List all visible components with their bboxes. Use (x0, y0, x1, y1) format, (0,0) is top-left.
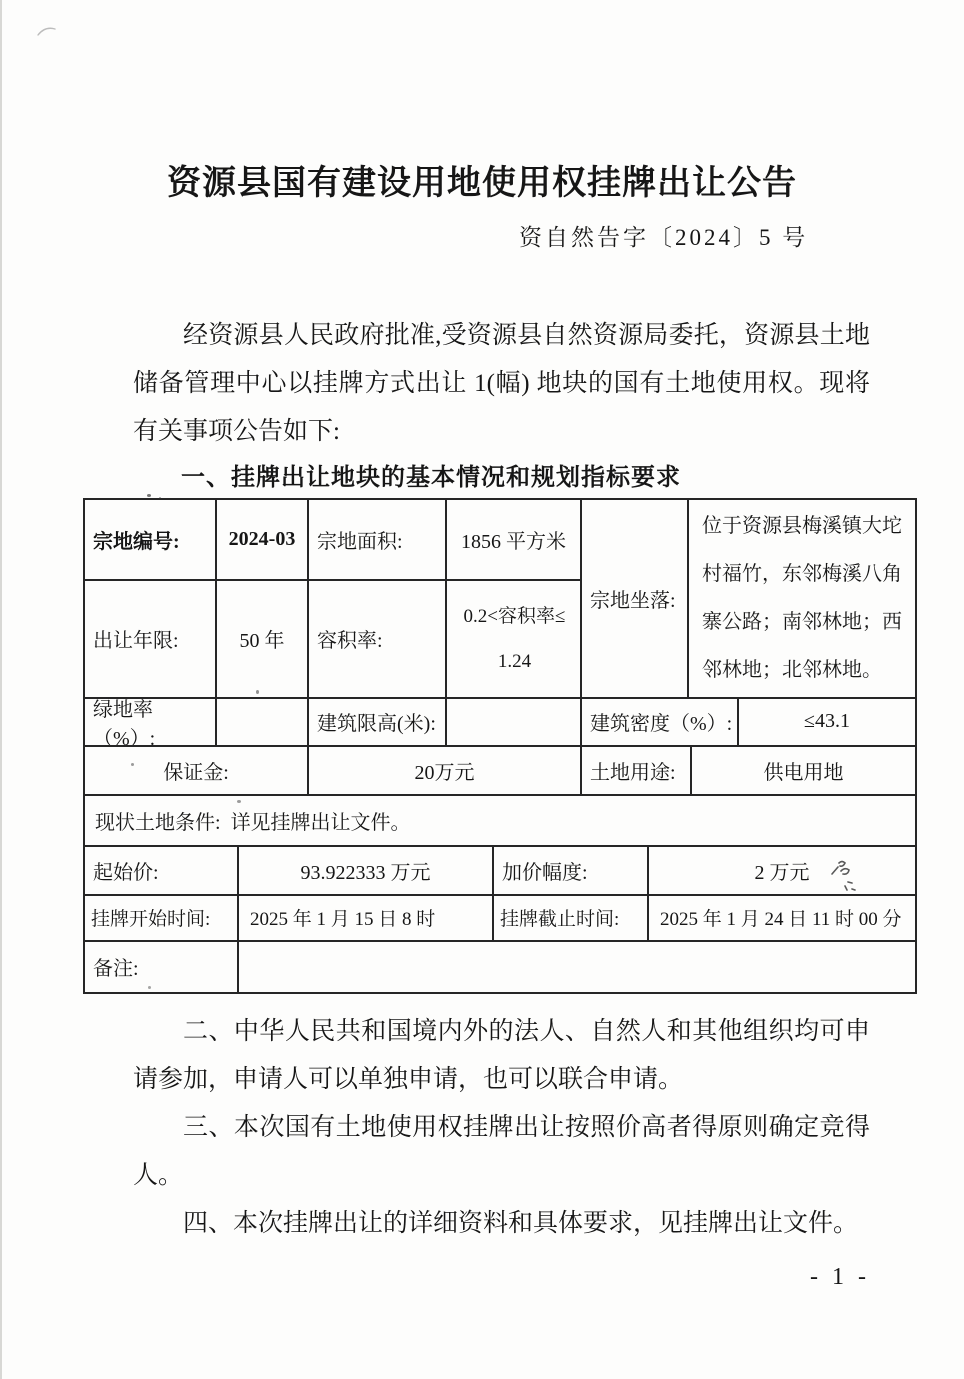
document-page: 资源县国有建设用地使用权挂牌出让公告 资自然告字〔2024〕5 号 经资源县人民… (0, 0, 964, 1379)
parcel-info-table: 宗地编号: 2024-03 宗地面积: 1856 平方米 出让年限: 50 年 … (83, 498, 917, 994)
table-left-grid: 宗地编号: 2024-03 宗地面积: 1856 平方米 出让年限: 50 年 … (85, 500, 580, 697)
listing-end-value: 2025 年 1 月 24 日 11 时 00 分 (647, 896, 915, 940)
doc-number: 资自然告字〔2024〕5 号 (519, 219, 964, 252)
table-row: 宗地编号: 2024-03 宗地面积: 1856 平方米 (85, 500, 580, 579)
page-number: - 1 - (810, 1264, 870, 1291)
increment-label: 加价幅度: (492, 847, 647, 894)
listing-end-label: 挂牌截止时间: (492, 896, 647, 940)
scan-edge-artifact (0, 0, 2, 1379)
table-row: 绿地率（%）: 建筑限高(米): 建筑密度（%）: ≤43.1 (85, 697, 915, 745)
parcel-no-value: 2024-03 (215, 500, 307, 579)
paragraph-3: 三、本次国有土地使用权挂牌出让按照价高者得原则确定竞得人。 (133, 1104, 870, 1200)
intro-paragraph: 经资源县人民政府批准,受资源县自然资源局委托，资源县土地储备管理中心以挂牌方式出… (133, 312, 870, 456)
table-row: 出让年限: 50 年 容积率: 0.2<容积率≤ 1.24 (85, 579, 580, 697)
land-use-value: 供电用地 (690, 747, 915, 794)
plot-ratio-value: 0.2<容积率≤ 1.24 (445, 581, 580, 697)
land-use-label: 土地用途: (580, 747, 690, 794)
page-title: 资源县国有建设用地使用权挂牌出让公告 (0, 0, 964, 206)
pen-mark-artifact (36, 24, 58, 43)
table-row: 挂牌开始时间: 2025 年 1 月 15 日 8 时 挂牌截止时间: 2025… (85, 894, 915, 940)
term-value: 50 年 (215, 581, 307, 697)
deposit-label: 保证金: (85, 747, 307, 794)
ink-speck-artifact (147, 494, 151, 497)
increment-value: 2 万元 (647, 847, 915, 894)
parcel-no-label: 宗地编号: (85, 500, 215, 579)
plot-ratio-line2: 1.24 (498, 639, 531, 684)
ink-speck-artifact (256, 690, 259, 694)
remark-value (237, 942, 915, 992)
table-rows-1-2: 宗地编号: 2024-03 宗地面积: 1856 平方米 出让年限: 50 年 … (85, 500, 915, 697)
parcel-area-label: 宗地面积: (307, 500, 445, 579)
remark-label: 备注: (85, 942, 237, 992)
ink-speck-artifact (237, 800, 241, 803)
listing-start-value: 2025 年 1 月 15 日 8 时 (237, 896, 492, 940)
paragraph-4: 四、本次挂牌出让的详细资料和具体要求，见挂牌出让文件。 (133, 1200, 870, 1248)
current-condition-row: 现状土地条件: 详见挂牌出让文件。 (85, 794, 915, 845)
condition-value: 详见挂牌出让文件。 (231, 806, 411, 835)
listing-start-label: 挂牌开始时间: (85, 896, 237, 940)
paragraph-2: 二、中华人民共和国境内外的法人、自然人和其他组织均可申请参加，申请人可以单独申请… (133, 1008, 870, 1104)
table-row: 起始价: 93.922333 万元 加价幅度: 2 万元 (85, 845, 915, 894)
green-rate-label: 绿地率（%）: (85, 699, 215, 745)
start-price-label: 起始价: (85, 847, 237, 894)
plot-ratio-line1: 0.2<容积率≤ (464, 594, 566, 639)
section-1-heading: 一、挂牌出让地块的基本情况和规划指标要求 (133, 462, 870, 493)
location-label: 宗地坐落: (580, 500, 687, 697)
table-row: 保证金: 20万元 土地用途: 供电用地 (85, 745, 915, 794)
deposit-value: 20万元 (307, 747, 580, 794)
plot-ratio-label: 容积率: (307, 581, 445, 697)
ink-smudge-artifact (824, 856, 866, 903)
parcel-area-value: 1856 平方米 (445, 500, 580, 579)
ink-speck-artifact (159, 497, 161, 499)
table-row: 备注: (85, 940, 915, 992)
term-label: 出让年限: (85, 581, 215, 697)
density-value: ≤43.1 (737, 699, 915, 745)
density-label: 建筑密度（%）: (580, 699, 737, 745)
location-value: 位于资源县梅溪镇大坨村福竹，东邻梅溪八角寨公路；南邻林地；西邻林地；北邻林地。 (687, 500, 915, 697)
condition-label: 现状土地条件: (95, 806, 221, 835)
ink-speck-artifact (148, 986, 151, 989)
green-rate-value (215, 699, 307, 745)
ink-speck-artifact (131, 763, 134, 766)
height-limit-label: 建筑限高(米): (307, 699, 445, 745)
height-limit-value (445, 699, 580, 745)
start-price-value: 93.922333 万元 (237, 847, 492, 894)
